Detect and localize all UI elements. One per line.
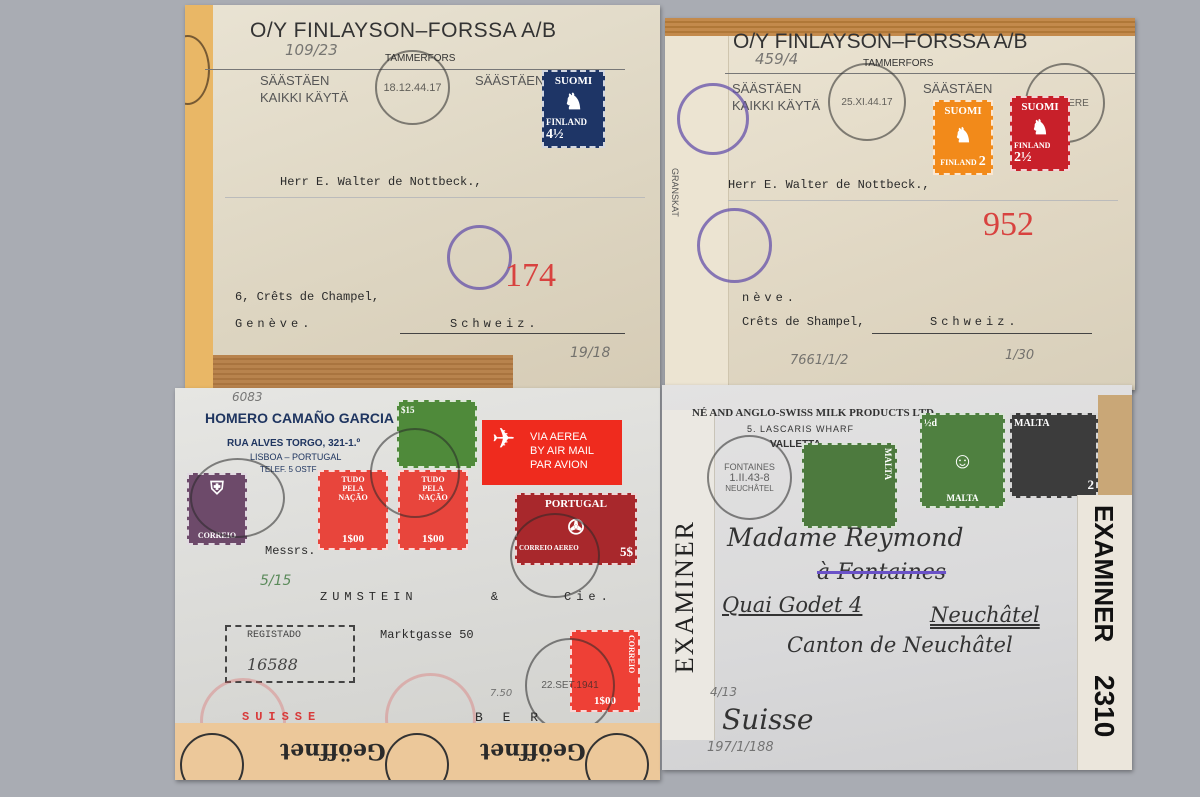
postmark	[190, 458, 285, 538]
stamp-malta-green-1: MALTA	[802, 443, 897, 528]
stamp-finland-orange: SUOMI ♞ FINLAND 2	[933, 100, 993, 175]
slogan-line-2: KAIKKI KÄYTÄ	[260, 89, 348, 106]
country: Schweiz.	[450, 317, 540, 331]
sender-city: LISBOA – PORTUGAL	[250, 452, 341, 462]
censor-stamp-violet	[697, 208, 772, 283]
stamp-malta-green-2: ½d ☺ MALTA	[920, 413, 1005, 508]
censor-tape-text-2: Geöffnet	[480, 738, 586, 764]
censor-label-left-text: EXAMINER	[670, 520, 700, 673]
sender-street: RUA ALVES TORGO, 321-1.º	[227, 438, 360, 449]
airplane-icon: ✈	[492, 432, 515, 446]
addressee: ZUMSTEIN & Cie.	[320, 590, 613, 604]
stamp-country: PORTUGAL	[545, 498, 607, 510]
stamp-malta-black: MALTA 2	[1010, 413, 1098, 498]
censor-label-right: EXAMINER 2310	[1077, 495, 1132, 770]
stamp-country: MALTA	[1014, 418, 1050, 429]
brown-tape	[213, 355, 513, 388]
address-guide	[728, 200, 1118, 201]
slogan-line-1: SÄÄSTÄEN	[260, 72, 348, 89]
postmark-date: 1.II.43-8	[729, 472, 769, 484]
postmark-city: FONTAINES	[724, 462, 775, 472]
addressee: Herr E. Walter de Nottbeck.,	[280, 175, 482, 189]
pencil-note: 4/13	[710, 685, 737, 699]
eagle-seal-2	[385, 733, 449, 780]
stamp-label: CORREIO	[627, 635, 636, 673]
censor-stamp-violet	[447, 225, 512, 290]
pencil-note: 459/4	[755, 50, 798, 68]
pencil-note-bottom-right: 1/30	[1005, 348, 1034, 363]
address-line-2: Genève.	[235, 317, 313, 331]
address-struck: à Fontaines	[817, 560, 946, 585]
airmail-line-2: BY AIR MAIL	[530, 444, 622, 458]
lion-icon: ♞	[564, 89, 584, 115]
slogan-line-1: SÄÄSTÄEN	[732, 80, 820, 97]
registration-number: 16588	[247, 655, 353, 674]
stamp-value: 1$00	[422, 533, 444, 545]
pencil-note-bottom: 19/18	[570, 345, 610, 361]
stamp-country: SUOMI	[944, 105, 981, 117]
salutation: Messrs.	[265, 544, 315, 558]
postmark: 25.XI.44.17	[828, 63, 906, 141]
king-portrait-icon: ☺	[951, 448, 973, 474]
censor-number: 174	[505, 257, 556, 295]
pencil-note-bottom: 197/1/188	[707, 740, 774, 755]
slogan-cancel-2: SÄÄSTÄEN	[923, 80, 992, 97]
country-red: SUISSE	[242, 710, 321, 724]
slogan-cancel-2: SÄÄSTÄEN	[475, 72, 544, 89]
cover-finland-2: GRANSKAT O/Y FINLAYSON–FORSSA A/B TAMMER…	[665, 18, 1135, 390]
stamp-country2: FINLAND	[546, 117, 587, 127]
country: Suisse	[722, 703, 813, 736]
postmark-date: 25.XI.44.17	[841, 97, 892, 108]
stamp-country2: FINLAND	[1014, 141, 1050, 150]
slogan-cancel-1: SÄÄSTÄEN KAIKKI KÄYTÄ	[260, 72, 348, 106]
brown-tape-right	[1098, 395, 1132, 505]
pencil-note: 109/23	[285, 41, 338, 59]
censor-tape-text: GRANSKAT	[670, 168, 680, 217]
postmark-date: 18.12.44.17	[383, 82, 441, 94]
postmark-fontaines: FONTAINES 1.II.43-8 NEUCHÂTEL	[707, 435, 792, 520]
stamp-value: 4½	[546, 127, 564, 142]
postmark-date: 22.SET.1941	[541, 680, 598, 691]
stamp-country: MALTA	[946, 493, 978, 503]
address-line-1: 6, Crêts de Champel,	[235, 290, 379, 304]
stamp-text: TUDO PELA NAÇÃO	[333, 475, 373, 502]
country: Schweiz.	[930, 315, 1020, 329]
registration-heading: REGISTADO	[247, 630, 353, 641]
stamp-country2: FINLAND	[940, 158, 976, 167]
registration-label: REGISTADO 16588	[225, 625, 355, 683]
pencil-note-bottom-left: 7661/1/2	[790, 353, 848, 368]
censor-number: 952	[983, 206, 1034, 244]
address-line-2: Neuchâtel	[930, 603, 1040, 627]
sender-street: 5. LASCARIS WHARF	[747, 424, 854, 434]
censor-tape-text: Geöffnet	[280, 738, 386, 764]
lion-icon: ♞	[954, 123, 972, 148]
censor-stamp-violet-top	[677, 83, 749, 155]
stamp-value: ½d	[924, 418, 937, 429]
postmark-2	[370, 428, 460, 518]
slogan-line-1: SÄÄSTÄEN	[475, 72, 544, 89]
lion-icon: ♞	[1031, 115, 1049, 140]
stamp-value: 5$	[620, 544, 633, 560]
censor-label-left: EXAMINER	[662, 410, 715, 740]
airmail-line-1: VIA AEREA	[530, 430, 622, 444]
cover-portugal: 6083 HOMERO CAMAÑO GARCIA RUA ALVES TORG…	[175, 388, 660, 780]
stamp-footer: FINLAND 2	[940, 154, 985, 170]
stamp-finland-red: SUOMI ♞ FINLAND 2½	[1010, 96, 1070, 171]
cover-finland-1: O/Y FINLAYSON–FORSSA A/B TAMMERFORS 109/…	[185, 5, 660, 388]
addressee: Herr E. Walter de Nottbeck.,	[728, 178, 930, 192]
stamp-country: SUOMI	[555, 75, 592, 87]
address-guide	[225, 197, 645, 198]
photo-background: { "scene": "Four WWII-era censored posta…	[0, 0, 1200, 797]
eagle-seal	[180, 733, 244, 780]
cover-malta: EXAMINER NÉ AND ANGLO-SWISS MILK PRODUCT…	[662, 385, 1132, 770]
pencil-note: 6083	[232, 390, 263, 404]
address-line-3: Canton de Neuchâtel	[787, 633, 1013, 657]
stamp-value: 1$00	[342, 533, 364, 545]
sender-name: HOMERO CAMAÑO GARCIA	[205, 410, 394, 426]
stamp-value: $15	[401, 405, 415, 415]
postmark-3	[510, 513, 600, 598]
postmark-region: NEUCHÂTEL	[725, 484, 773, 493]
address-line-2: Crêts de Shampel,	[742, 315, 864, 329]
airmail-label: ✈ VIA AEREA BY AIR MAIL PAR AVION	[482, 420, 622, 485]
pencil-note-green: 5/15	[260, 573, 291, 589]
airmail-line-3: PAR AVION	[530, 458, 622, 472]
postmark: 18.12.44.17	[375, 50, 450, 125]
address-line-1: nève.	[742, 291, 798, 305]
censor-number: 2310	[1088, 675, 1120, 737]
stamp-finland-blue: SUOMI ♞ FINLAND 4½	[542, 70, 605, 148]
stamp-footer: FINLAND 4½	[546, 117, 601, 143]
addressee: Madame Reymond	[727, 523, 963, 552]
address-line-1: Marktgasse 50	[380, 628, 474, 642]
slogan-line-1: SÄÄSTÄEN	[923, 80, 992, 97]
letterhead: O/Y FINLAYSON–FORSSA A/B	[250, 19, 557, 43]
country-underline	[872, 333, 1092, 334]
stamp-value: 2½	[1014, 150, 1032, 165]
stamp-value: 2	[1088, 477, 1095, 493]
eagle-seal-3	[585, 733, 649, 780]
stamp-value: 2	[979, 154, 986, 169]
censor-label-right-text: EXAMINER	[1088, 505, 1119, 645]
stamp-country: SUOMI	[1021, 101, 1058, 113]
stamp-footer: FINLAND 2½	[1014, 141, 1066, 166]
address-line-1: Quai Godet 4	[722, 593, 862, 617]
sender-name: NÉ AND ANGLO-SWISS MILK PRODUCTS LTD	[692, 407, 934, 419]
censor-tape-bottom: Geöffnet Geöffnet	[175, 723, 660, 780]
pencil-note-price: 7.50	[490, 688, 512, 699]
country-underline	[400, 333, 625, 334]
stamp-country: MALTA	[883, 448, 893, 480]
